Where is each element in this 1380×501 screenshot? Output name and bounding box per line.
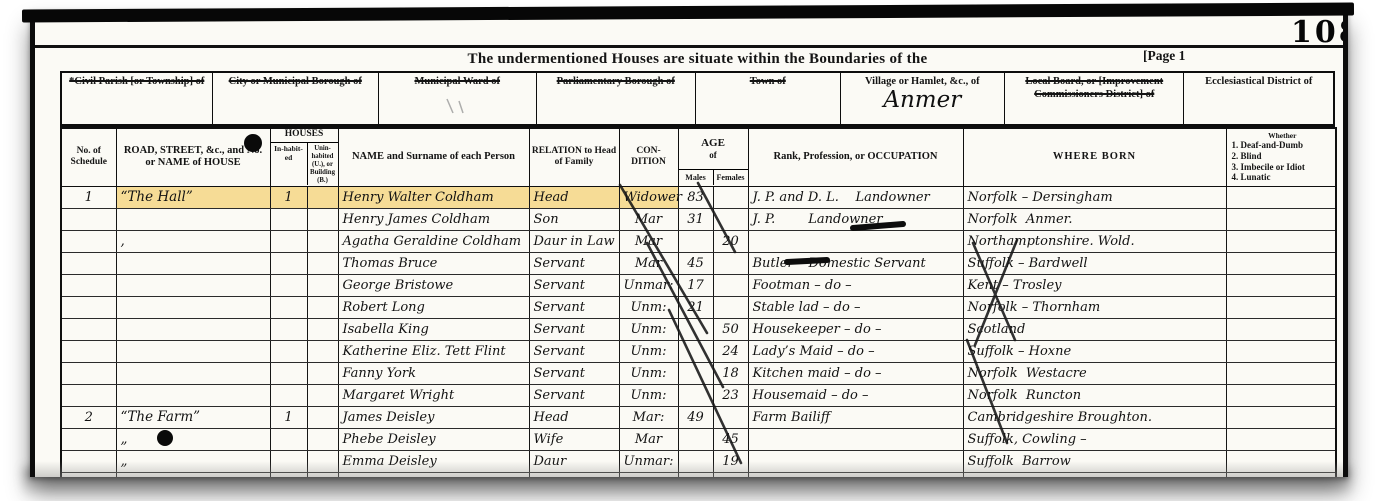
cell-where-born: Norfolk – Thornham <box>963 296 1226 318</box>
cell-disability <box>1226 208 1336 230</box>
houses-inhabited-label: In-habit-ed <box>271 143 308 185</box>
cell-age-female <box>713 186 748 208</box>
cell-road <box>116 384 270 406</box>
cell-age-female: 20 <box>713 230 748 252</box>
cell-disability <box>1226 362 1336 384</box>
boundary-label: City or Municipal Borough of <box>225 75 366 88</box>
name-label-strong: NAME <box>352 151 384 162</box>
cell-disability <box>1226 384 1336 406</box>
cell-relation: Son <box>529 472 619 477</box>
cell-uninhabited <box>307 296 338 318</box>
boundary-municipal-ward: Municipal Ward of <box>378 73 536 124</box>
cell-schedule <box>61 428 116 450</box>
cell-name: Isabella King <box>338 318 529 340</box>
cell-occupation: J. P. Landowner <box>748 208 963 230</box>
cell-where-born: Norfolk Anmer. <box>963 208 1226 230</box>
cell-relation: Head <box>529 406 619 428</box>
table-row: Henry DeisleySonUnm16Norfolk Anmer <box>61 472 1336 477</box>
cell-uninhabited <box>307 252 338 274</box>
cell-age-female: 24 <box>713 340 748 362</box>
cell-relation: Servant <box>529 318 619 340</box>
cell-occupation: Butler – Domestic Servant <box>748 252 963 274</box>
age-females-label: Females <box>714 170 748 185</box>
cell-name: Margaret Wright <box>338 384 529 406</box>
header-schedule: No. of Schedule <box>61 128 116 186</box>
cell-relation: Servant <box>529 274 619 296</box>
cell-inhabited <box>270 362 307 384</box>
cell-schedule: 1 <box>61 186 116 208</box>
cell-schedule <box>61 274 116 296</box>
cell-condition: Mar: <box>619 406 678 428</box>
cell-inhabited <box>270 450 307 472</box>
cell-disability <box>1226 252 1336 274</box>
cell-road <box>116 274 270 296</box>
boundary-label: Ecclesiastical District of <box>1201 75 1316 88</box>
header-disability: Whether 1. Deaf-and-Dumb 2. Blind 3. Imb… <box>1226 128 1336 186</box>
cell-uninhabited <box>307 362 338 384</box>
cell-uninhabited <box>307 208 338 230</box>
table-row: Henry James ColdhamSonMar31J. P. Landown… <box>61 208 1336 230</box>
cell-uninhabited <box>307 318 338 340</box>
cell-condition: Unm: <box>619 362 678 384</box>
cell-name: Thomas Bruce <box>338 252 529 274</box>
cell-where-born: Kent – Trosley <box>963 274 1226 296</box>
boundary-parliamentary-borough: Parliamentary Borough of <box>536 73 696 124</box>
cell-age-male <box>678 230 713 252</box>
houses-uninhabited-label: Unin-habited (U.), or Building (B.) <box>308 143 338 185</box>
header-age: AGE of Males Females <box>678 128 748 186</box>
cell-occupation <box>748 472 963 477</box>
cell-relation: Servant <box>529 384 619 406</box>
cell-uninhabited <box>307 406 338 428</box>
cell-name: James Deisley <box>338 406 529 428</box>
cell-age-female <box>713 406 748 428</box>
boundary-local-board: Local Board, or [Improvement Commissione… <box>1004 73 1183 124</box>
cell-relation: Wife <box>529 428 619 450</box>
cell-relation: Servant <box>529 340 619 362</box>
cell-inhabited <box>270 252 307 274</box>
cell-condition: Unm: <box>619 384 678 406</box>
cell-road: “The Hall” <box>116 186 270 208</box>
cell-schedule <box>61 208 116 230</box>
cell-disability <box>1226 428 1336 450</box>
boundary-label: *Civil Parish [or Township] of <box>65 75 208 88</box>
table-row: Katherine Eliz. Tett FlintServantUnm:24L… <box>61 340 1336 362</box>
disability-line: 3. Imbecile or Idiot <box>1232 162 1334 173</box>
cell-schedule: 2 <box>61 406 116 428</box>
census-table: No. of Schedule ROAD, STREET, &c., and N… <box>60 127 1337 477</box>
cell-inhabited: 1 <box>270 186 307 208</box>
header-houses: HOUSES In-habit-ed Unin-habited (U.), or… <box>270 128 338 186</box>
cell-age-female <box>713 296 748 318</box>
cell-age-male <box>678 384 713 406</box>
cell-inhabited <box>270 318 307 340</box>
cell-schedule <box>61 340 116 362</box>
cell-road: “The Farm” <box>116 406 270 428</box>
cell-uninhabited <box>307 230 338 252</box>
houses-label: HOUSES <box>271 129 338 142</box>
census-page: 108 The undermentioned Houses are situat… <box>30 10 1348 477</box>
cell-relation: Servant <box>529 362 619 384</box>
cell-age-male: 83 <box>678 186 713 208</box>
cell-road: „ <box>116 450 270 472</box>
table-row: „Emma DeisleyDaurUnmar:19Suffolk Barrow <box>61 450 1336 472</box>
header-name: NAME and Surname of each Person <box>338 128 529 186</box>
cell-inhabited <box>270 296 307 318</box>
cell-schedule <box>61 296 116 318</box>
cell-disability <box>1226 406 1336 428</box>
folio-number: 108 <box>1291 15 1348 50</box>
cell-occupation: Stable lad – do – <box>748 296 963 318</box>
cell-inhabited <box>270 384 307 406</box>
cell-where-born: Norfolk Runcton <box>963 384 1226 406</box>
boundary-label: Local Board, or [Improvement Commissione… <box>1005 75 1183 101</box>
cell-schedule <box>61 384 116 406</box>
cell-where-born: Norfolk Westacre <box>963 362 1226 384</box>
cell-age-female <box>713 208 748 230</box>
cell-where-born: Suffolk – Hoxne <box>963 340 1226 362</box>
boundary-village: Village or Hamlet, &c., of Anmer <box>840 73 1004 124</box>
header-where-born: WHERE BORN <box>963 128 1226 186</box>
cell-disability <box>1226 186 1336 208</box>
header-relation: RELATION to Head of Family <box>529 128 619 186</box>
header-occupation: Rank, Profession, or OCCUPATION <box>748 128 963 186</box>
table-row: ,Agatha Geraldine ColdhamDaur in LawMar2… <box>61 230 1336 252</box>
cell-occupation: Housekeeper – do – <box>748 318 963 340</box>
cell-condition: Unmar: <box>619 274 678 296</box>
cell-age-male <box>678 450 713 472</box>
cell-occupation <box>748 230 963 252</box>
table-row: Fanny YorkServantUnm:18Kitchen maid – do… <box>61 362 1336 384</box>
age-of-label: of <box>709 150 717 161</box>
boundary-header: *Civil Parish [or Township] of City or M… <box>60 71 1335 127</box>
cell-where-born: Norfolk – Dersingham <box>963 186 1226 208</box>
cell-inhabited <box>270 208 307 230</box>
cell-condition: Unm: <box>619 340 678 362</box>
cell-name: Fanny York <box>338 362 529 384</box>
cell-name: Henry James Coldham <box>338 208 529 230</box>
table-row: George BristoweServantUnmar:17Footman – … <box>61 274 1336 296</box>
cell-schedule <box>61 362 116 384</box>
boundary-label: Town of <box>746 75 790 88</box>
table-row: Isabella KingServantUnm:50Housekeeper – … <box>61 318 1336 340</box>
cell-age-male <box>678 318 713 340</box>
cell-inhabited <box>270 230 307 252</box>
cell-schedule <box>61 318 116 340</box>
cell-where-born: Northamptonshire. Wold. <box>963 230 1226 252</box>
cell-age-female: 19 <box>713 450 748 472</box>
cell-schedule <box>61 230 116 252</box>
cell-occupation <box>748 450 963 472</box>
cell-road: „ <box>116 428 270 450</box>
cell-schedule <box>61 472 116 477</box>
cell-condition: Unm <box>619 472 678 477</box>
cell-age-male <box>678 340 713 362</box>
cell-age-male: 45 <box>678 252 713 274</box>
cell-disability <box>1226 296 1336 318</box>
cell-inhabited <box>270 340 307 362</box>
cell-where-born: Scotland <box>963 318 1226 340</box>
cell-age-female <box>713 274 748 296</box>
cell-condition: Mar <box>619 208 678 230</box>
name-label-rest: and Surname of each Person <box>384 151 515 162</box>
cell-road <box>116 340 270 362</box>
cell-road: , <box>116 230 270 252</box>
cell-occupation <box>748 428 963 450</box>
age-label: AGE <box>701 137 725 150</box>
page-number-label: [Page 1 <box>1143 48 1185 64</box>
table-row: Margaret WrightServantUnm:23Housemaid – … <box>61 384 1336 406</box>
cell-uninhabited <box>307 428 338 450</box>
cell-road <box>116 318 270 340</box>
cell-inhabited <box>270 274 307 296</box>
cell-relation: Servant <box>529 296 619 318</box>
cell-relation: Head <box>529 186 619 208</box>
cell-name: George Bristowe <box>338 274 529 296</box>
cell-occupation: Kitchen maid – do – <box>748 362 963 384</box>
cell-age-male: 21 <box>678 296 713 318</box>
cell-name: Emma Deisley <box>338 450 529 472</box>
cell-road <box>116 362 270 384</box>
disability-line: Whether <box>1232 132 1334 141</box>
cell-where-born: Cambridgeshire Broughton. <box>963 406 1226 428</box>
cell-uninhabited <box>307 186 338 208</box>
cell-disability <box>1226 318 1336 340</box>
table-row: Robert LongServantUnm:21Stable lad – do … <box>61 296 1336 318</box>
cell-relation: Son <box>529 208 619 230</box>
cell-disability <box>1226 472 1336 477</box>
cell-schedule <box>61 450 116 472</box>
cell-age-female: 18 <box>713 362 748 384</box>
village-handwritten-value: Anmer <box>883 89 961 112</box>
cell-age-female: 23 <box>713 384 748 406</box>
census-table-body: 1“The Hall”1Henry Walter ColdhamHeadWido… <box>61 186 1336 477</box>
cell-age-male: 49 <box>678 406 713 428</box>
cell-name: Katherine Eliz. Tett Flint <box>338 340 529 362</box>
cell-inhabited: 1 <box>270 406 307 428</box>
cell-condition: Widower <box>619 186 678 208</box>
boundary-civil-parish: *Civil Parish [or Township] of <box>62 73 212 124</box>
cell-age-male <box>678 362 713 384</box>
cell-uninhabited <box>307 274 338 296</box>
disability-line: 4. Lunatic <box>1232 172 1334 183</box>
disability-line: 2. Blind <box>1232 151 1334 162</box>
cell-age-female: 50 <box>713 318 748 340</box>
cell-age-male: 31 <box>678 208 713 230</box>
cell-road <box>116 208 270 230</box>
cell-road <box>116 296 270 318</box>
cell-disability <box>1226 450 1336 472</box>
cell-road <box>116 472 270 477</box>
cell-name: Agatha Geraldine Coldham <box>338 230 529 252</box>
cell-uninhabited <box>307 340 338 362</box>
cell-where-born: Suffolk Barrow <box>963 450 1226 472</box>
cell-name: Phebe Deisley <box>338 428 529 450</box>
boundary-municipal-borough: City or Municipal Borough of <box>212 73 378 124</box>
boundary-town: Town of <box>695 73 840 124</box>
cell-condition: Mar <box>619 230 678 252</box>
cell-occupation: Housemaid – do – <box>748 384 963 406</box>
cell-age-female: 45 <box>713 428 748 450</box>
cell-occupation: Farm Bailiff <box>748 406 963 428</box>
cell-disability <box>1226 340 1336 362</box>
cell-age-female <box>713 472 748 477</box>
cell-disability <box>1226 230 1336 252</box>
cell-age-male: 16 <box>678 472 713 477</box>
cell-name: Henry Deisley <box>338 472 529 477</box>
cell-name: Henry Walter Coldham <box>338 186 529 208</box>
cell-condition: Unmar: <box>619 450 678 472</box>
table-row: „Phebe DeisleyWifeMar45Suffolk, Cowling … <box>61 428 1336 450</box>
cell-schedule <box>61 252 116 274</box>
cell-uninhabited <box>307 384 338 406</box>
cell-occupation: Footman – do – <box>748 274 963 296</box>
cell-inhabited <box>270 472 307 477</box>
boundary-label: Municipal Ward of <box>410 75 504 88</box>
cell-occupation: J. P. and D. L. Landowner <box>748 186 963 208</box>
header-road: ROAD, STREET, &c., and No. or NAME of HO… <box>116 128 270 186</box>
table-row: 1“The Hall”1Henry Walter ColdhamHeadWido… <box>61 186 1336 208</box>
cell-disability <box>1226 274 1336 296</box>
cell-road <box>116 252 270 274</box>
cell-condition: Unm: <box>619 296 678 318</box>
cell-uninhabited <box>307 450 338 472</box>
cell-where-born: Suffolk, Cowling – <box>963 428 1226 450</box>
cell-relation: Daur <box>529 450 619 472</box>
cell-relation: Daur in Law <box>529 230 619 252</box>
cell-inhabited <box>270 428 307 450</box>
cell-condition: Mar <box>619 252 678 274</box>
table-row: Thomas BruceServantMar45Butler – Domesti… <box>61 252 1336 274</box>
header-condition: CON-DITION <box>619 128 678 186</box>
table-row: 2“The Farm”1James DeisleyHeadMar:49Farm … <box>61 406 1336 428</box>
cell-age-male <box>678 428 713 450</box>
cell-age-female <box>713 252 748 274</box>
cell-uninhabited <box>307 472 338 477</box>
age-males-label: Males <box>679 170 714 185</box>
cell-age-male: 17 <box>678 274 713 296</box>
boundary-ecclesiastical-district: Ecclesiastical District of <box>1183 73 1333 124</box>
cell-condition: Mar <box>619 428 678 450</box>
cell-relation: Servant <box>529 252 619 274</box>
census-table-head: No. of Schedule ROAD, STREET, &c., and N… <box>61 128 1336 186</box>
cell-condition: Unm: <box>619 318 678 340</box>
cell-where-born: Norfolk Anmer <box>963 472 1226 477</box>
cell-occupation: Lady’s Maid – do – <box>748 340 963 362</box>
boundary-label: Parliamentary Borough of <box>553 75 679 88</box>
cell-where-born: Suffolk – Bardwell <box>963 252 1226 274</box>
cell-name: Robert Long <box>338 296 529 318</box>
disability-line: 1. Deaf-and-Dumb <box>1232 140 1334 151</box>
